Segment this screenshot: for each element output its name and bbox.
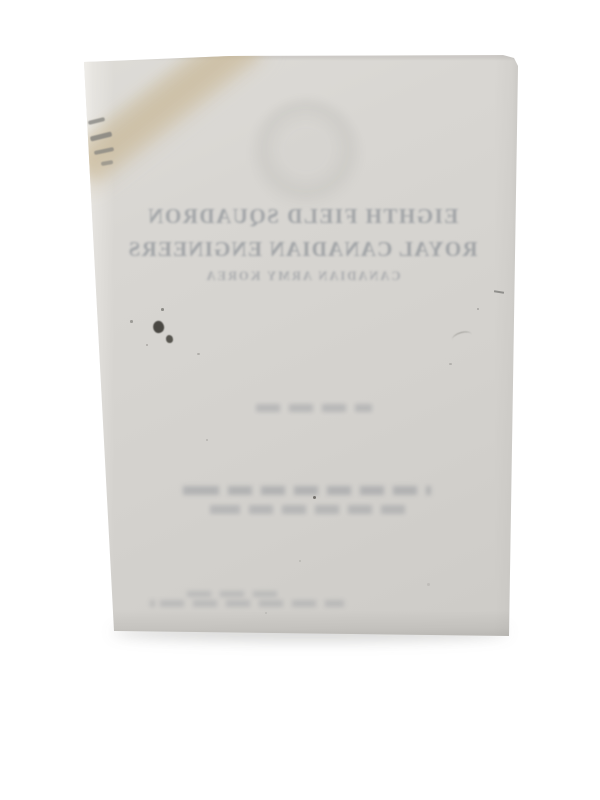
faint-showthrough-line [183, 486, 431, 495]
ink-speck [313, 496, 316, 499]
scratch-mark [451, 329, 473, 344]
crest-showthrough-ghost [250, 98, 362, 210]
ink-speck [197, 353, 200, 355]
showthrough-title-line-2: ROYAL CANADIAN ENGINEERS [110, 239, 495, 260]
ink-speck [130, 320, 133, 323]
surface-fleck [299, 560, 301, 562]
ink-blot [166, 335, 173, 343]
cover-right-edge-shading [486, 54, 520, 640]
surface-fleck [477, 308, 479, 310]
booklet-cover: EIGHTH FIELD SQUADRON ROYAL CANADIAN ENG… [0, 0, 600, 800]
faint-imprint-line [150, 600, 344, 607]
faint-showthrough-line [256, 404, 372, 412]
showthrough-title-line-3: CANADIAN ARMY KOREA [110, 270, 495, 283]
surface-fleck [427, 583, 430, 586]
surface-fleck [449, 363, 452, 365]
surface-fleck [265, 612, 267, 614]
surface-fleck [206, 439, 208, 441]
ink-speck [146, 344, 148, 346]
ink-blot [151, 319, 166, 335]
faint-showthrough-line [210, 505, 414, 514]
showthrough-title-line-1: EIGHTH FIELD SQUADRON [110, 206, 495, 227]
showthrough-title-block: EIGHTH FIELD SQUADRON ROYAL CANADIAN ENG… [110, 206, 495, 283]
ink-speck [161, 308, 164, 311]
cover-top-edge [80, 54, 520, 59]
photo-background: EIGHTH FIELD SQUADRON ROYAL CANADIAN ENG… [0, 0, 600, 800]
faint-imprint-line [187, 591, 285, 597]
